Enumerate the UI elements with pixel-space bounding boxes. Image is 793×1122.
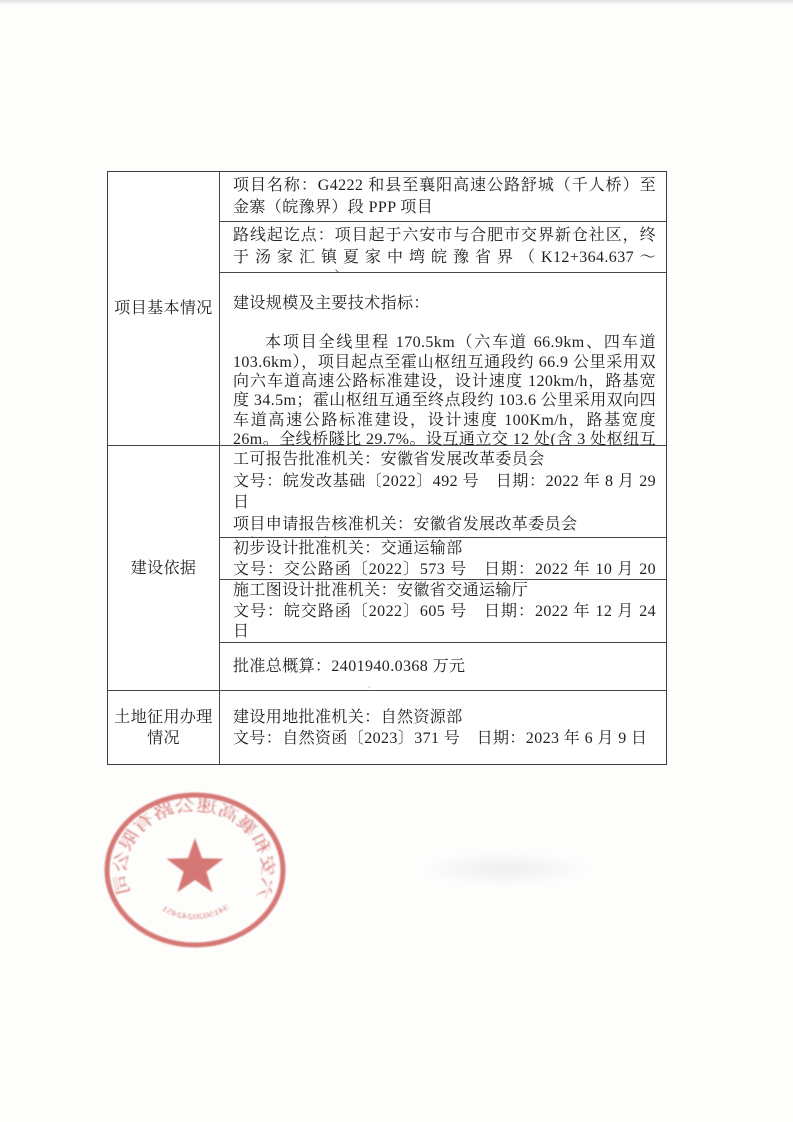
construction-scale-body: 本项目全线里程 170.5km（六车道 66.9km、四车道 103.6km），… [233, 333, 656, 445]
cell-construction-drawing-approval: 施工图设计批准机关：安徽省交通运输厅 文号：皖交路函〔2022〕605 号 日期… [219, 579, 666, 642]
cell-feasibility-report-approval: 工可报告批准机关：安徽省发展改革委员会 文号：皖发改基础〔2022〕492 号 … [219, 445, 666, 537]
cell-construction-scale: 建设规模及主要技术指标： 本项目全线里程 170.5km（六车道 66.9km、… [219, 272, 666, 445]
construction-scale-heading: 建设规模及主要技术指标： [233, 294, 656, 313]
cell-route-start-end: 路线起讫点：项目起于六安市与合肥市交界新仓社区，终于汤家汇镇夏家中塆皖豫省界（K… [219, 221, 666, 272]
seal-star-icon [167, 838, 224, 892]
svg-text:3415020242451: 3415020242451 [160, 902, 231, 921]
cell-project-name: 项目名称：G4222 和县至襄阳高速公路舒城（千人桥）至金寨（皖豫界）段 PPP… [219, 172, 666, 221]
section-label-construction-basis: 建设依据 [108, 445, 219, 690]
section-label-land-acquisition: 土地征用办理情况 [108, 690, 219, 764]
red-speck-artifact: ∶ [368, 686, 370, 693]
cell-approved-total-budget: 批准总概算：2401940.0368 万元 [219, 642, 666, 690]
seal-serial-number: 3415020242451 [160, 902, 231, 921]
bleed-through-smudge [420, 852, 590, 886]
company-seal-stamp: 六安和襄高速公路有限公司 3415020242451 [100, 790, 290, 952]
cell-land-use-approval: 建设用地批准机关：自然资源部 文号：自然资函〔2023〕371 号 日期：202… [219, 690, 666, 764]
section-label-project-basic-info: 项目基本情况 [108, 172, 219, 445]
cell-preliminary-design-approval: 初步设计批准机关：交通运输部 文号：交公路函〔2022〕573 号 日期：202… [219, 537, 666, 579]
project-info-table: 项目基本情况 项目名称：G4222 和县至襄阳高速公路舒城（千人桥）至金寨（皖豫… [107, 171, 667, 765]
scan-edge-shadow [0, 0, 793, 5]
